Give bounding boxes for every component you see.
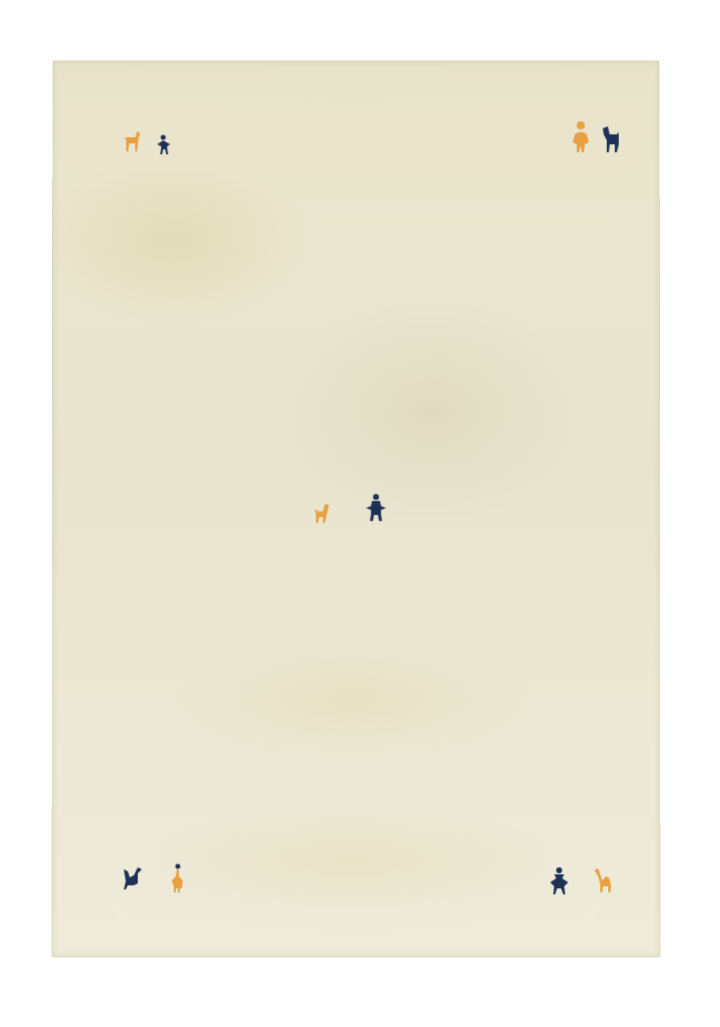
rug <box>52 61 661 958</box>
orange-camel-icon <box>593 866 613 894</box>
navy-figure-icon <box>155 134 173 156</box>
navy-figure-icon <box>548 866 570 896</box>
navy-animal-icon <box>122 863 144 891</box>
navy-figure-icon <box>365 493 387 523</box>
orange-animal-icon <box>313 501 331 525</box>
orange-animal-icon <box>123 129 141 155</box>
navy-animal-icon <box>601 124 621 154</box>
orange-figure-icon <box>570 120 592 154</box>
orange-bird-icon <box>169 862 185 894</box>
